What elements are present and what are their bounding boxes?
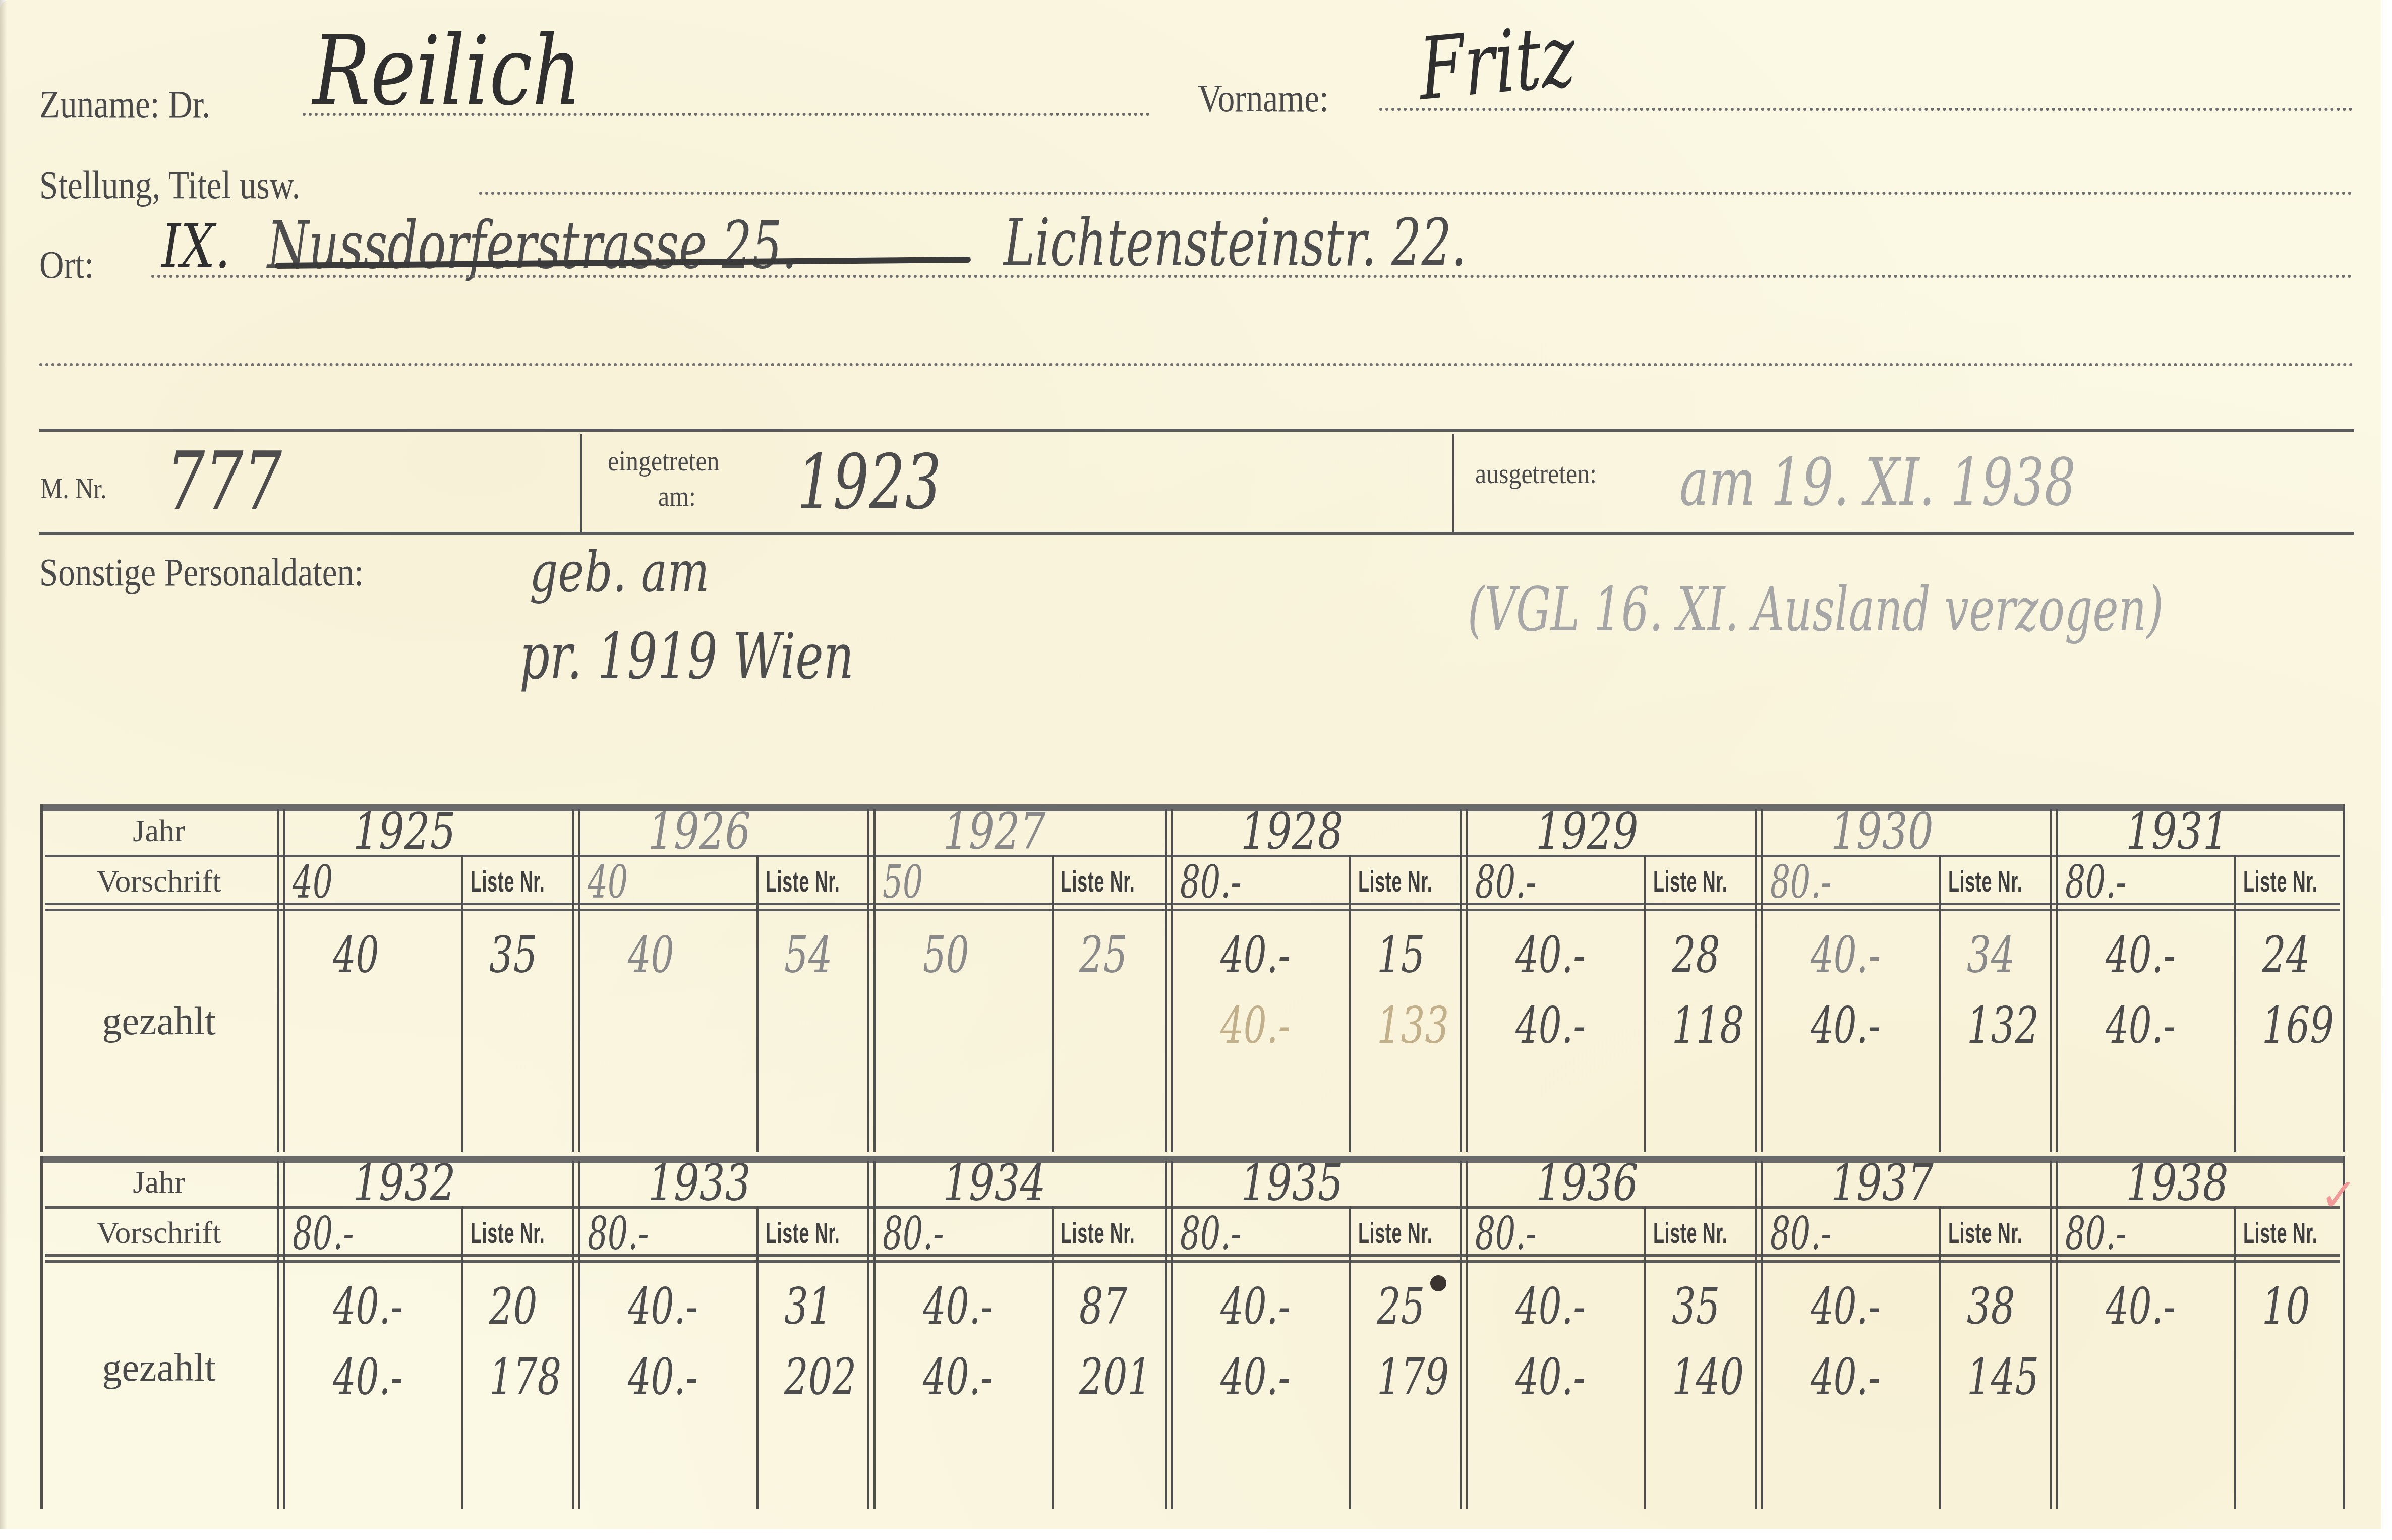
zuname-line <box>303 113 1150 116</box>
liste-nr-label: Liste Nr. <box>2243 1216 2317 1250</box>
sonstige-label: Sonstige Personaldaten: <box>39 550 364 595</box>
column-divider <box>1755 809 1757 1152</box>
year-value: 1936 <box>1536 1153 1639 1212</box>
paid-amount: 40.- <box>1515 925 1586 984</box>
paid-liste-nr: 35 <box>489 925 537 984</box>
vorschrift-value: 80.- <box>2065 1207 2126 1260</box>
paid-liste-nr: 118 <box>1672 996 1744 1055</box>
paid-liste-nr: 140 <box>1672 1347 1744 1406</box>
paid-liste-nr: 178 <box>489 1347 561 1406</box>
divider <box>1452 434 1454 532</box>
eingetreten-am-label: am: <box>658 479 696 513</box>
liste-nr-label: Liste Nr. <box>766 865 840 899</box>
column-divider <box>1761 1161 1763 1509</box>
row-rule <box>45 909 2340 911</box>
header-rule-bottom <box>39 532 2354 535</box>
paid-amount: 40.- <box>1515 996 1586 1055</box>
column-divider <box>277 809 279 1152</box>
paid-amount: 40.- <box>1220 996 1291 1055</box>
liste-nr-label: Liste Nr. <box>2243 865 2317 899</box>
ort-label: Ort: <box>39 242 94 287</box>
vorname-value: Fritz <box>1417 6 1578 120</box>
ort-line <box>151 275 2353 278</box>
paid-liste-nr: 28 <box>1672 925 1720 984</box>
paid-amount: 40.- <box>1220 1347 1291 1406</box>
punch-hole <box>1430 1275 1446 1291</box>
column-divider <box>1165 809 1167 1152</box>
liste-divider <box>1644 1206 1646 1509</box>
liste-divider <box>1644 855 1646 1152</box>
paid-amount: 40.- <box>1811 925 1881 984</box>
column-divider <box>867 1161 869 1509</box>
mnr-value: 777 <box>166 434 282 528</box>
paid-liste-nr: 35 <box>1672 1277 1720 1336</box>
gezahlt-label: gezahlt <box>40 1345 277 1390</box>
liste-nr-label: Liste Nr. <box>1061 865 1135 899</box>
paid-amount: 40 <box>333 925 379 984</box>
dues-table-1925-1931: JahrVorschriftgezahlt192540Liste Nr.4035… <box>40 804 2345 1152</box>
column-divider <box>1171 809 1173 1152</box>
sonstige-line-1: geb. am <box>530 540 710 604</box>
paid-liste-nr: 169 <box>2262 996 2334 1055</box>
year-value: 1938 <box>2126 1153 2229 1212</box>
vorschrift-value: 80.- <box>1770 1207 1831 1260</box>
vorschrift-value: 40 <box>293 856 333 909</box>
ort-struck-address: Nussdorferstrasse 25. <box>267 207 797 283</box>
liste-nr-label: Liste Nr. <box>1653 1216 1727 1250</box>
year-value: 1937 <box>1831 1153 1934 1212</box>
paid-amount: 40.- <box>2106 1277 2176 1336</box>
vorschrift-value: 50 <box>883 856 923 909</box>
paid-amount: 40 <box>628 925 674 984</box>
divider <box>580 434 582 532</box>
paid-liste-nr: 20 <box>489 1277 537 1336</box>
paid-amount: 40.- <box>333 1347 403 1406</box>
eingetreten-label: eingetreten <box>608 444 720 478</box>
column-divider <box>2056 1161 2058 1509</box>
column-divider <box>578 1161 580 1509</box>
liste-nr-label: Liste Nr. <box>471 865 545 899</box>
paid-liste-nr: 54 <box>784 925 832 984</box>
vorschrift-value: 80.- <box>1475 856 1536 909</box>
column-divider <box>1466 809 1468 1152</box>
column-divider <box>2056 809 2058 1152</box>
table-right-border <box>2343 804 2345 1152</box>
vorname-line <box>1379 108 2353 111</box>
year-value: 1935 <box>1241 1153 1344 1212</box>
vorschrift-value: 80.- <box>883 1207 944 1260</box>
paid-amount: 40.- <box>1220 1277 1291 1336</box>
vorname-label: Vorname: <box>1198 76 1329 121</box>
column-divider <box>1755 1161 1757 1509</box>
column-divider <box>1460 809 1462 1152</box>
paid-liste-nr: 202 <box>784 1347 856 1406</box>
liste-nr-label: Liste Nr. <box>1948 1216 2022 1250</box>
liste-divider <box>1052 1206 1054 1509</box>
paid-amount: 40.- <box>2106 996 2176 1055</box>
liste-divider <box>2234 855 2236 1152</box>
dues-table-1932-1938: JahrVorschriftgezahlt193280.-Liste Nr.40… <box>40 1156 2345 1509</box>
paid-amount: 50 <box>923 925 969 984</box>
column-divider <box>873 809 876 1152</box>
liste-nr-label: Liste Nr. <box>1653 865 1727 899</box>
header-rule-top <box>39 429 2354 432</box>
liste-divider <box>1349 1206 1351 1509</box>
liste-divider <box>461 855 463 1152</box>
row-rule <box>45 1260 2340 1263</box>
table-left-border <box>40 1156 43 1509</box>
paid-amount: 40.- <box>628 1277 698 1336</box>
year-value: 1929 <box>1536 802 1639 861</box>
vorschrift-label: Vorschrift <box>40 1215 277 1251</box>
zuname-label: Zuname: Dr. <box>39 82 210 127</box>
paid-liste-nr: 179 <box>1377 1347 1449 1406</box>
year-value: 1926 <box>648 802 751 861</box>
liste-divider <box>1939 855 1941 1152</box>
paid-liste-nr: 34 <box>1967 925 2015 984</box>
red-check-mark: ✓ <box>2320 1169 2358 1222</box>
paid-liste-nr: 38 <box>1967 1277 2015 1336</box>
liste-nr-label: Liste Nr. <box>1358 865 1432 899</box>
paid-amount: 40.- <box>333 1277 403 1336</box>
column-divider <box>867 809 869 1152</box>
liste-nr-label: Liste Nr. <box>1358 1216 1432 1250</box>
paid-liste-nr: 145 <box>1967 1347 2039 1406</box>
paid-liste-nr: 132 <box>1967 996 2039 1055</box>
paid-liste-nr: 133 <box>1377 996 1449 1055</box>
year-value: 1927 <box>943 802 1046 861</box>
ort-prefix: IX. <box>161 212 230 282</box>
paid-amount: 40.- <box>1811 996 1881 1055</box>
stellung-line <box>479 192 2353 195</box>
paid-amount: 40.- <box>1811 1347 1881 1406</box>
paid-amount: 40.- <box>628 1347 698 1406</box>
vorschrift-value: 80.- <box>588 1207 649 1260</box>
paid-amount: 40.- <box>1811 1277 1881 1336</box>
liste-divider <box>1349 855 1351 1152</box>
column-divider <box>1466 1161 1468 1509</box>
vorschrift-value: 80.- <box>1475 1207 1536 1260</box>
liste-divider <box>756 1206 759 1509</box>
column-divider <box>283 809 285 1152</box>
jahr-label: Jahr <box>40 813 277 849</box>
zuname-value: Reilich <box>313 15 581 127</box>
membership-card: Zuname: Dr. Reilich Vorname: Fritz Stell… <box>0 0 2381 1529</box>
paid-liste-nr: 201 <box>1079 1347 1151 1406</box>
paid-amount: 40.- <box>2106 925 2176 984</box>
paid-liste-nr: 25 <box>1377 1277 1425 1336</box>
liste-nr-label: Liste Nr. <box>766 1216 840 1250</box>
year-value: 1932 <box>353 1153 456 1212</box>
year-value: 1934 <box>943 1153 1046 1212</box>
liste-divider <box>756 855 759 1152</box>
vorschrift-value: 80.- <box>1180 856 1241 909</box>
eingetreten-value: 1923 <box>797 439 941 526</box>
column-divider <box>1171 1161 1173 1509</box>
extra-line <box>39 363 2354 366</box>
sonstige-line-2: pr. 1919 Wien <box>519 620 854 693</box>
ausgetreten-label: ausgetreten: <box>1475 456 1597 490</box>
paid-liste-nr: 87 <box>1079 1277 1127 1336</box>
vorschrift-value: 40 <box>588 856 628 909</box>
paid-liste-nr: 15 <box>1377 925 1425 984</box>
mnr-label: M. Nr. <box>40 471 107 505</box>
column-divider <box>283 1161 285 1509</box>
vorschrift-value: 80.- <box>293 1207 354 1260</box>
liste-nr-label: Liste Nr. <box>1061 1216 1135 1250</box>
year-value: 1928 <box>1241 802 1344 861</box>
paid-liste-nr: 25 <box>1079 925 1127 984</box>
ausgetreten-value: am 19. XI. 1938 <box>1679 444 2076 520</box>
paid-liste-nr: 31 <box>784 1277 832 1336</box>
liste-divider <box>1052 855 1054 1152</box>
vorschrift-value: 80.- <box>1770 856 1831 909</box>
column-divider <box>1460 1161 1462 1509</box>
paid-amount: 40.- <box>923 1347 993 1406</box>
column-divider <box>572 1161 574 1509</box>
paid-amount: 40.- <box>923 1277 993 1336</box>
paid-amount: 40.- <box>1515 1277 1586 1336</box>
column-divider <box>572 809 574 1152</box>
liste-nr-label: Liste Nr. <box>471 1216 545 1250</box>
vorschrift-value: 80.- <box>2065 856 2126 909</box>
paid-liste-nr: 10 <box>2262 1277 2310 1336</box>
ort-value: Lichtensteinstr. 22. <box>1004 204 1467 281</box>
vorschrift-value: 80.- <box>1180 1207 1241 1260</box>
liste-nr-label: Liste Nr. <box>1948 865 2022 899</box>
column-divider <box>873 1161 876 1509</box>
liste-divider <box>2234 1206 2236 1509</box>
column-divider <box>277 1161 279 1509</box>
column-divider <box>1165 1161 1167 1509</box>
year-value: 1931 <box>2126 802 2229 861</box>
year-value: 1925 <box>353 802 456 861</box>
vorschrift-label: Vorschrift <box>40 864 277 900</box>
stellung-label: Stellung, Titel usw. <box>39 162 301 208</box>
year-value: 1930 <box>1831 802 1934 861</box>
liste-divider <box>461 1206 463 1509</box>
paid-amount: 40.- <box>1515 1347 1586 1406</box>
column-divider <box>578 809 580 1152</box>
column-divider <box>2050 809 2052 1152</box>
year-value: 1933 <box>648 1153 751 1212</box>
note: (VGL 16. XI. Ausland verzogen) <box>1468 575 2164 645</box>
column-divider <box>2050 1161 2052 1509</box>
table-left-border <box>40 804 43 1152</box>
liste-divider <box>1939 1206 1941 1509</box>
gezahlt-label: gezahlt <box>40 998 277 1044</box>
jahr-label: Jahr <box>40 1165 277 1201</box>
paid-liste-nr: 24 <box>2262 925 2310 984</box>
paid-amount: 40.- <box>1220 925 1291 984</box>
column-divider <box>1761 809 1763 1152</box>
